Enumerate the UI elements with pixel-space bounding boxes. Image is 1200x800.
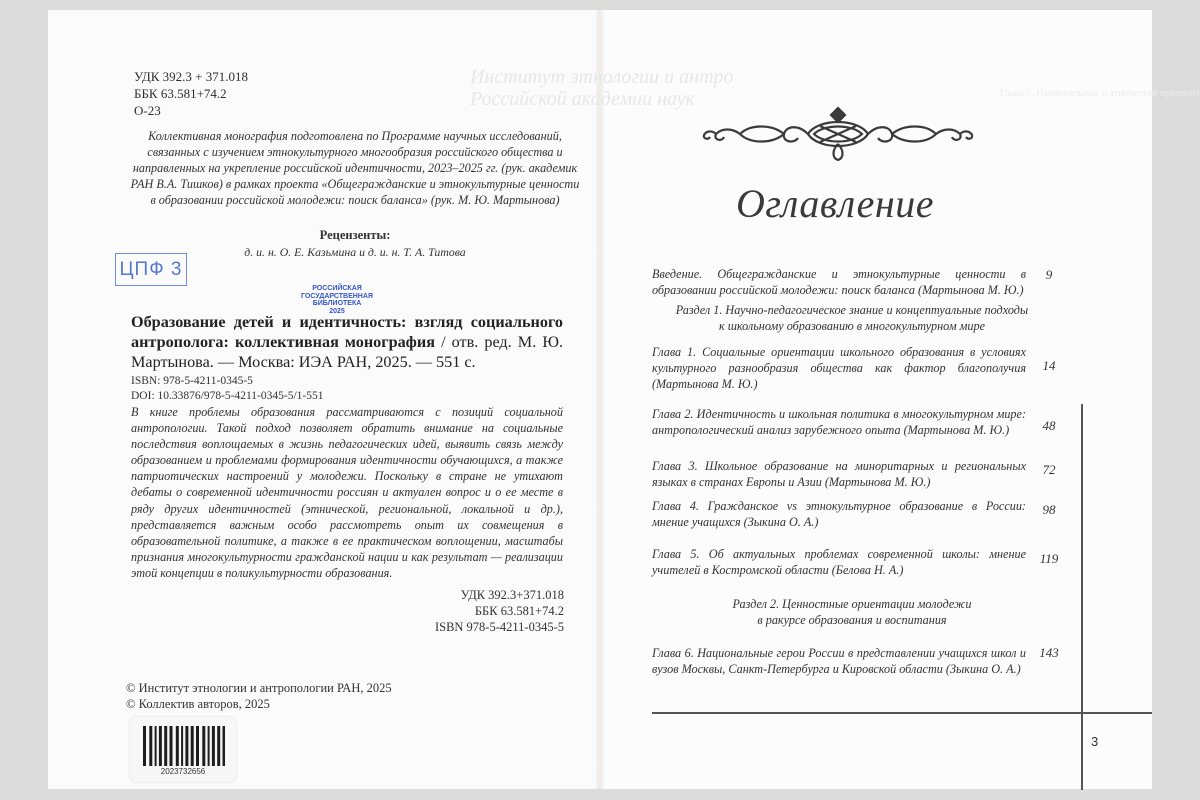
bbk-code: ББК 63.581+74.2 — [435, 603, 564, 619]
toc-entry-chapter-4[interactable]: Глава 4. Гражданское vs этнокультурное о… — [652, 498, 1026, 530]
page-number: 3 — [1091, 734, 1098, 749]
toc-entry-chapter-6[interactable]: Глава 6. Национальные герои России в пре… — [652, 645, 1026, 677]
library-stamp-line: ГОСУДАРСТВЕННАЯ — [292, 293, 382, 301]
copyright-line: © Институт этнологии и антропологии РАН,… — [126, 680, 392, 696]
cpf-stamp: ЦПФ 3 — [115, 253, 187, 286]
barcode-sticker: 2023732656 — [130, 717, 236, 782]
toc-page-number: 14 — [1028, 358, 1070, 374]
vertical-rule — [1081, 404, 1083, 790]
library-stamp-line: РОССИЙСКАЯ — [292, 285, 382, 293]
toc-page-number: 72 — [1028, 462, 1070, 478]
classification-codes: УДК 392.3 + 371.018 ББК 63.581+74.2 О-23 — [134, 68, 248, 119]
isbn: ISBN 978-5-4211-0345-5 — [435, 619, 564, 635]
toc-entry-chapter-2[interactable]: Глава 2. Идентичность и школьная политик… — [652, 406, 1026, 438]
section-title: Раздел 1. Научно-педагогическое знание и… — [652, 302, 1052, 318]
library-stamp: РОССИЙСКАЯ ГОСУДАРСТВЕННАЯ БИБЛИОТЕКА 20… — [292, 285, 382, 315]
section-title: к школьному образованию в многокультурно… — [652, 318, 1052, 334]
horizontal-rule — [652, 712, 1152, 714]
toc-page-number: 48 — [1028, 418, 1070, 434]
toc-entry-introduction[interactable]: Введение. Общегражданские и этнокультурн… — [652, 266, 1026, 298]
reviewers-names: д. и. н. О. Е. Казьмина и д. и. н. Т. А.… — [130, 245, 580, 260]
toc-entry-chapter-5[interactable]: Глава 5. Об актуальных проблемах совреме… — [652, 546, 1026, 578]
copyright-block: © Институт этнологии и антропологии РАН,… — [126, 680, 392, 712]
book-gutter — [596, 10, 604, 789]
udk-code: УДК 392.3+371.018 — [435, 587, 564, 603]
section-title: в ракурсе образования и воспитания — [652, 612, 1052, 628]
toc-page-number: 143 — [1028, 645, 1070, 661]
ornament-icon — [698, 104, 978, 164]
toc-entry-chapter-3[interactable]: Глава 3. Школьное образование на минорит… — [652, 458, 1026, 490]
toc-entry-chapter-1[interactable]: Глава 1. Социальные ориентации школьного… — [652, 344, 1026, 392]
classification-codes-footer: УДК 392.3+371.018 ББК 63.581+74.2 ISBN 9… — [435, 587, 564, 635]
toc-page-number: 119 — [1028, 551, 1070, 567]
abstract: В книге проблемы образования рассматрива… — [131, 404, 563, 581]
show-through-text: Глава 7. Национальные и этнические предп… — [1000, 88, 1200, 99]
library-stamp-line: БИБЛИОТЕКА — [292, 300, 382, 308]
author-mark: О-23 — [134, 102, 248, 119]
isbn: ISBN: 978-5-4211-0345-5 — [131, 374, 324, 389]
udk-code: УДК 392.3 + 371.018 — [134, 68, 248, 85]
toc-section-2[interactable]: Раздел 2. Ценностные ориентации молодежи… — [652, 596, 1052, 628]
toc-page-number: 98 — [1028, 502, 1070, 518]
toc-section-1[interactable]: Раздел 1. Научно-педагогическое знание и… — [652, 302, 1052, 334]
isbn-doi-block: ISBN: 978-5-4211-0345-5 DOI: 10.33876/97… — [131, 374, 324, 404]
doi: DOI: 10.33876/978-5-4211-0345-5/1-551 — [131, 389, 324, 404]
section-title: Раздел 2. Ценностные ориентации молодежи — [652, 596, 1052, 612]
funding-note: Коллективная монография подготовлена по … — [130, 128, 580, 208]
copyright-line: © Коллектив авторов, 2025 — [126, 696, 392, 712]
toc-title: Оглавление — [640, 180, 1030, 227]
reviewers-heading: Рецензенты: — [130, 228, 580, 243]
toc-page-number: 9 — [1028, 267, 1070, 283]
barcode-icon — [143, 726, 225, 766]
barcode-number: 2023732656 — [130, 767, 236, 776]
bibliographic-record: Образование детей и идентичность: взгляд… — [131, 312, 563, 372]
bbk-code: ББК 63.581+74.2 — [134, 85, 248, 102]
